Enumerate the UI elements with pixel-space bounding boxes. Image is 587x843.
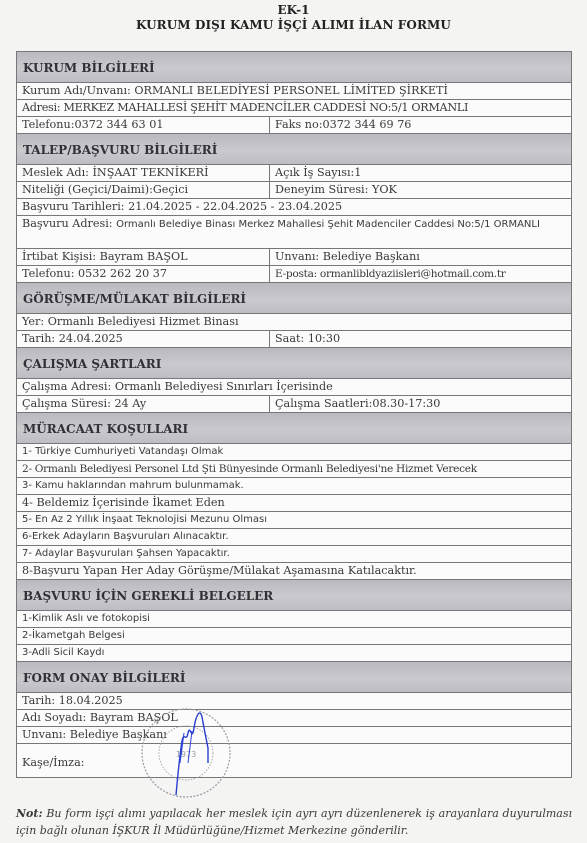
contact-title: Unvanı: Belediye Başkanı [270,249,571,265]
condition-8: 8-Başvuru Yapan Her Aday Görüşme/Mülakat… [17,563,571,579]
table-row: Çalışma Adresi: Ormanlı Belediyesi Sınır… [17,379,571,396]
section-muracaat-heading: MÜRACAAT KOŞULLARI [17,413,571,444]
table-row: İrtibat Kişisi: Bayram BAŞOL Unvanı: Bel… [17,249,571,266]
section-calisma-heading: ÇALIŞMA ŞARTLARI [17,348,571,379]
section-gorusme-heading: GÖRÜŞME/MÜLAKAT BİLGİLERİ [17,283,571,314]
section-belgeler-heading: BAŞVURU İÇİN GEREKLİ BELGELER [17,580,571,611]
table-row: Çalışma Süresi: 24 Ay Çalışma Saatleri:0… [17,396,571,413]
contact-email: E-posta: ormanlibldyaziisleri@hotmail.co… [270,266,571,282]
footnote: Not: Bu form işçi alımı yapılacak her me… [16,805,572,839]
kurum-name: Kurum Adı/Unvanı: ORMANLI BELEDİYESİ PER… [17,83,571,99]
work-duration: Çalışma Süresi: 24 Ay [17,396,270,412]
openings: Açık İş Sayısı:1 [270,165,571,181]
document-2: 2-İkametgah Belgesi [17,628,571,644]
stamp-signature-label: Kaşe/İmza: [17,744,571,777]
condition-2: 2- Ormanlı Belediyesi Personel Ltd Şti B… [17,461,571,477]
table-row: Kurum Adı/Unvanı: ORMANLI BELEDİYESİ PER… [17,83,571,100]
document-3: 3-Adli Sicil Kaydı [17,645,571,661]
work-hours: Çalışma Saatleri:08.30-17:30 [270,396,571,412]
contact-person: İrtibat Kişisi: Bayram BAŞOL [17,249,270,265]
list-item: 1- Türkiye Cumhuriyeti Vatandaşı Olmak [17,444,571,461]
kurum-address: Adresi: MERKEZ MAHALLESİ ŞEHİT MADENCİLE… [17,100,571,116]
condition-6: 6-Erkek Adayların Başvuruları Alınacaktı… [17,529,571,545]
list-item: 8-Başvuru Yapan Her Aday Görüşme/Mülakat… [17,563,571,580]
list-item: 6-Erkek Adayların Başvuruları Alınacaktı… [17,529,571,546]
kurum-phone: Telefonu:0372 344 63 01 [17,117,270,133]
list-item: 3- Kamu haklarından mahrum bulunmamak. [17,478,571,495]
job-nature: Niteliği (Geçici/Daimi):Geçici [17,182,270,198]
list-item: 4- Beldemiz İçerisinde İkamet Eden [17,495,571,512]
condition-3: 3- Kamu haklarından mahrum bulunmamak. [17,478,571,494]
page-title: KURUM DIŞI KAMU İŞÇİ ALIMI İLAN FORMU [0,18,587,32]
section-talep-heading: TALEP/BAŞVURU BİLGİLERİ [17,134,571,165]
list-item: 2- Ormanlı Belediyesi Personel Ltd Şti B… [17,461,571,478]
document-1: 1-Kimlik Aslı ve fotokopisi [17,611,571,627]
application-address-label: Başvuru Adresi: [22,217,116,230]
contact-phone: Telefonu: 0532 262 20 37 [17,266,270,282]
approval-date: Tarih: 18.04.2025 [17,693,571,709]
experience: Deneyim Süresi: YOK [270,182,571,198]
table-row: Yer: Ormanlı Belediyesi Hizmet Binası [17,314,571,331]
footnote-label: Not: [16,807,43,820]
application-dates: Başvuru Tarihleri: 21.04.2025 - 22.04.20… [17,199,571,215]
annex-label: EK-1 [0,3,587,17]
table-row: Kaşe/İmza: [17,744,571,778]
table-row: Telefonu: 0532 262 20 37 E-posta: ormanl… [17,266,571,283]
condition-7: 7- Adaylar Başvuruları Şahsen Yapacaktır… [17,546,571,562]
application-address: Başvuru Adresi: Ormanlı Belediye Binası … [17,217,571,232]
list-item: 3-Adli Sicil Kaydı [17,645,571,662]
announcement-form: KURUM BİLGİLERİ Kurum Adı/Unvanı: ORMANL… [16,51,572,778]
approval-name: Adı Soyadı: Bayram BAŞOL [17,710,571,726]
table-row: Unvanı: Belediye Başkanı [17,727,571,744]
table-row: Meslek Adı: İNŞAAT TEKNİKERİ Açık İş Say… [17,165,571,182]
list-item: 2-İkametgah Belgesi [17,628,571,645]
table-row: Başvuru Adresi: Ormanlı Belediye Binası … [17,216,571,249]
condition-5: 5- En Az 2 Yıllık İnşaat Teknolojisi Mez… [17,512,571,528]
footnote-text: Bu form işçi alımı yapılacak her meslek … [16,807,572,837]
section-kurum-heading: KURUM BİLGİLERİ [17,52,571,83]
list-item: 5- En Az 2 Yıllık İnşaat Teknolojisi Mez… [17,512,571,529]
list-item: 7- Adaylar Başvuruları Şahsen Yapacaktır… [17,546,571,563]
table-row: Adresi: MERKEZ MAHALLESİ ŞEHİT MADENCİLE… [17,100,571,117]
table-row: Tarih: 24.04.2025 Saat: 10:30 [17,331,571,348]
interview-place: Yer: Ormanlı Belediyesi Hizmet Binası [17,314,571,330]
occupation: Meslek Adı: İNŞAAT TEKNİKERİ [17,165,270,181]
application-address-value: Ormanlı Belediye Binası Merkez Mahallesi… [116,219,540,230]
table-row: Başvuru Tarihleri: 21.04.2025 - 22.04.20… [17,199,571,216]
table-row: Adı Soyadı: Bayram BAŞOL [17,710,571,727]
table-row: Telefonu:0372 344 63 01 Faks no:0372 344… [17,117,571,134]
interview-date: Tarih: 24.04.2025 [17,331,270,347]
section-onay-heading: FORM ONAY BİLGİLERİ [17,662,571,693]
work-address: Çalışma Adresi: Ormanlı Belediyesi Sınır… [17,379,571,395]
approval-title: Unvanı: Belediye Başkanı [17,727,571,743]
condition-1: 1- Türkiye Cumhuriyeti Vatandaşı Olmak [17,444,571,460]
list-item: 1-Kimlik Aslı ve fotokopisi [17,611,571,628]
table-row: Tarih: 18.04.2025 [17,693,571,710]
kurum-fax: Faks no:0372 344 69 76 [270,117,571,133]
condition-4: 4- Beldemiz İçerisinde İkamet Eden [17,495,571,511]
interview-time: Saat: 10:30 [270,331,571,347]
table-row: Niteliği (Geçici/Daimi):Geçici Deneyim S… [17,182,571,199]
